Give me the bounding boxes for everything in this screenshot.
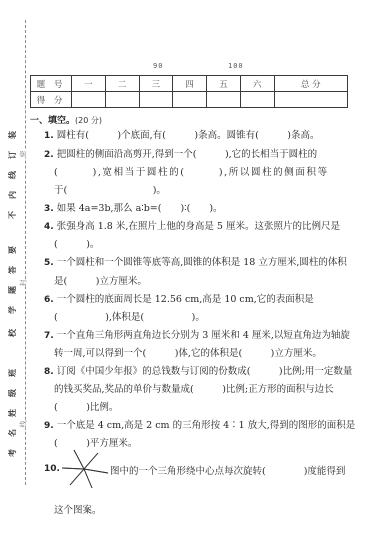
question-text: 一个圆柱的底面周长是 12.56 cm,高是 10 cm,它的表面积是 [57,294,314,305]
question-number: 9. [44,421,54,431]
question-number: 1. [44,131,54,141]
question-1: 1. 圆柱有( )个底面,有( )条高。圆锥有( )条高。 [44,130,319,142]
question-text: 圆柱有( )个底面,有( )条高。圆锥有( )条高。 [57,130,320,141]
margin-glyph: 考 [7,447,17,459]
margin-glyph: 班 [7,367,17,379]
pinwheel-star-icon [58,448,110,490]
question-8-line-3: ( )比例。 [54,402,118,413]
margin-glyph: 校 [7,327,17,339]
header-cell: 总 分 [274,76,348,92]
margin-glyph: 订 [7,149,17,161]
margin-mark: 封 [18,280,30,287]
question-3: 3. 如果 4a=3b,那么 a∶b=( )∶( )。 [44,203,223,215]
score-cell[interactable] [105,92,139,108]
score-cell[interactable] [240,92,274,108]
margin-mark: 密 [18,151,30,158]
question-number: 6. [44,295,54,305]
score-note: 100 [228,62,244,70]
header-cell: 五 [207,76,241,92]
score-row-label: 得 分 [31,92,72,108]
margin-mark: 线 [18,421,30,428]
margin-glyph: 题 [7,284,17,296]
score-table-header-row: 题 号 一 二 三 四 五 六 总 分 [31,76,348,92]
margin-glyph: 装 [7,129,17,141]
question-8-line-2: 的钱买奖品,奖品的单价与数量成( )比例;正方形的面积与边长 [54,384,334,395]
section-points: (20 分) [75,116,102,125]
binding-margin-line [25,20,26,485]
question-text: 张强身高 1.8 米,在照片上他的身高是 5 厘米。这张照片的比例尺是 [57,221,340,232]
header-cell: 题 号 [31,76,72,92]
margin-glyph: 答 [7,264,17,276]
question-9: 9. 一个底是 4 cm,高是 2 cm 的三角形按 4∶1 放大,得到的图形的… [44,420,355,432]
question-5: 5. 一个圆柱和一个圆锥等底等高,圆锥的体积是 18 立方厘米,圆柱的体积 [44,257,347,269]
question-2-line-3: 于( )。 [54,185,166,196]
question-text: 订阅《中国少年报》的总钱数与订阅的份数成( )比例;用一定数量 [57,366,353,377]
question-5-line-2: 是( )立方厘米。 [54,276,147,287]
score-cell[interactable] [72,92,106,108]
margin-glyph: 姓 [7,407,17,419]
score-cell[interactable] [274,92,348,108]
question-text: 如果 4a=3b,那么 a∶b=( )∶( )。 [57,203,223,214]
margin-glyph: 要 [7,244,17,256]
question-7: 7. 一个直角三角形两直角边长分别为 3 厘米和 4 厘米,以短直角边为轴旋 [44,330,350,342]
question-2: 2. 把圆柱的侧面沿高剪开,得到一个( ),它的长相当于圆柱的 [44,149,317,161]
header-cell: 三 [139,76,173,92]
margin-glyph: 学 [7,304,17,316]
question-number: 2. [44,150,54,160]
question-text: 一个底是 4 cm,高是 2 cm 的三角形按 4∶1 放大,得到的图形的面积是 [57,420,356,431]
question-10-line-2: 这个图案。 [54,505,102,516]
header-cell: 六 [240,76,274,92]
section-title-text: 一、填空。 [30,116,75,126]
section-title: 一、填空。(20 分) [30,113,102,126]
question-number: 7. [44,331,54,341]
question-2-line-2: ( ),宽相当于圆柱的( ),所以圆柱的侧面积等 [54,167,329,178]
score-cell[interactable] [173,92,207,108]
question-number: 8. [44,367,54,377]
header-cell: 二 [105,76,139,92]
score-table: 题 号 一 二 三 四 五 六 总 分 得 分 [30,75,348,108]
margin-glyph: 级 [7,387,17,399]
question-6-line-2: ( ),体积是( )。 [54,312,205,323]
score-note: 90 [153,62,163,70]
question-number: 4. [44,222,54,232]
question-8: 8. 订阅《中国少年报》的总钱数与订阅的份数成( )比例;用一定数量 [44,366,352,378]
question-number: 3. [44,204,54,214]
margin-glyph: 内 [7,189,17,201]
question-text: 一个圆柱和一个圆锥等底等高,圆锥的体积是 18 立方厘米,圆柱的体积 [57,257,347,268]
margin-glyph: 名 [7,427,17,439]
margin-glyph: 线 [7,169,17,181]
score-table-score-row: 得 分 [31,92,348,108]
question-text: 一个直角三角形两直角边长分别为 3 厘米和 4 厘米,以短直角边为轴旋 [57,330,350,341]
question-6: 6. 一个圆柱的底面周长是 12.56 cm,高是 10 cm,它的表面积是 [44,294,314,306]
margin-glyph: 不 [7,209,17,221]
header-cell: 四 [173,76,207,92]
question-10-text: 图中的一个三角形绕中心点每次旋转( )度能得到 [110,463,345,477]
question-7-line-2: 转一周,可以得到一个( )体,它的体积是( )立方厘米。 [54,348,322,359]
header-cell: 一 [72,76,106,92]
question-text: 把圆柱的侧面沿高剪开,得到一个( ),它的长相当于圆柱的 [57,149,317,160]
question-4-line-2: ( )。 [54,239,99,250]
question-number: 5. [44,258,54,268]
score-cell[interactable] [139,92,173,108]
score-cell[interactable] [207,92,241,108]
question-4: 4. 张强身高 1.8 米,在照片上他的身高是 5 厘米。这张照片的比例尺是 [44,221,340,233]
